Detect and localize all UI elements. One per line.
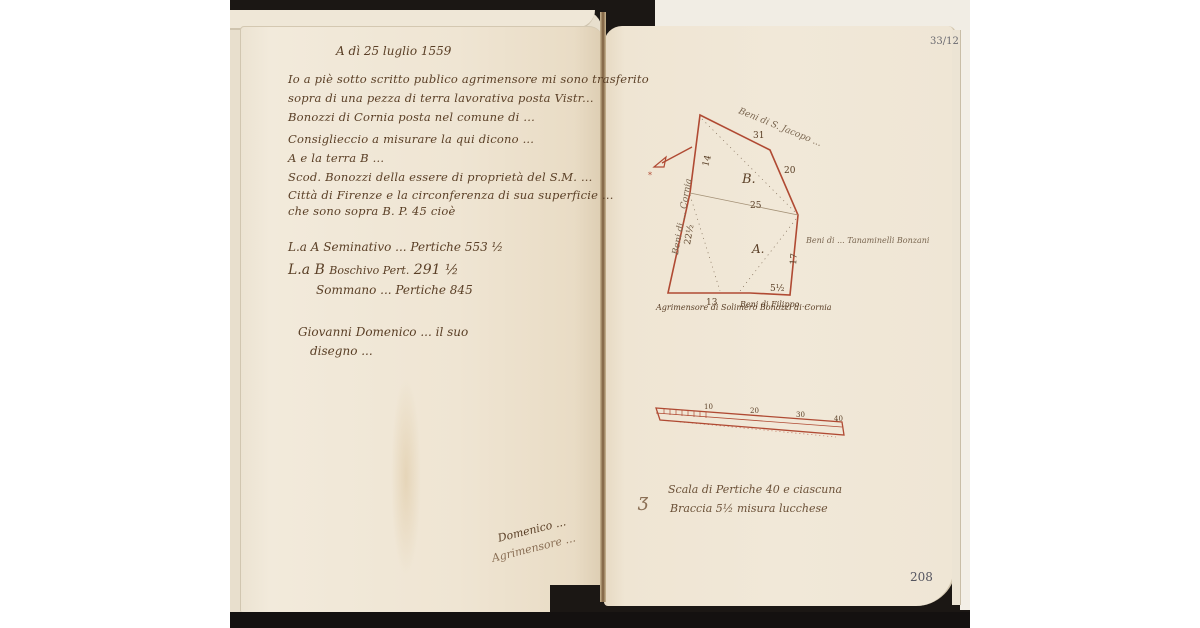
sum-label: L.a A: [288, 240, 319, 254]
sum-line-b: L.a B Boschivo Pert. 291 ½: [288, 262, 459, 278]
sum-desc: Seminativo ... Pertiche: [323, 240, 461, 254]
sum-desc: Boschivo Pert.: [329, 264, 409, 277]
manuscript-photo: A dì 25 luglio 1559 Io a piè sotto scrit…: [230, 0, 970, 628]
sum-value: 553 ½: [465, 240, 503, 254]
svg-text:*: *: [648, 171, 652, 180]
paper-stain: [391, 377, 421, 577]
body-line: sopra di una pezza di terra lavorativa p…: [288, 91, 594, 105]
parcel-label-a: A.: [751, 242, 764, 256]
body-line: Consiglieccio a misurare la qui dicono .…: [288, 132, 534, 146]
svg-text:5½: 5½: [770, 283, 785, 294]
sum-desc: Sommano ... Pertiche: [316, 283, 446, 297]
body-line: Scod. Bonozzi della essere di proprietà …: [288, 170, 593, 184]
signature-line: disegno ...: [310, 344, 373, 358]
folio-number-top: 33/12: [930, 36, 959, 47]
svg-text:30: 30: [796, 411, 805, 419]
sum-line-a: L.a A Seminativo ... Pertiche 553 ½: [288, 240, 503, 254]
sum-line-total: Sommano ... Pertiche 845: [316, 283, 473, 297]
scale-caption-mark: Ʒ: [638, 494, 648, 515]
border-label-north: Beni di S. Jacopo ...: [736, 106, 823, 149]
svg-text:17: 17: [789, 253, 800, 266]
sum-label: L.a B: [288, 262, 325, 278]
right-page-edge: [952, 30, 961, 605]
border-label-east: Beni di ... Tanaminelli Bonzani: [805, 236, 930, 245]
scale-caption-line: Scala di Pertiche 40 e ciascuna: [668, 483, 842, 496]
book-gutter: [600, 12, 606, 602]
table-surface: [230, 612, 970, 628]
folio-number-bottom: 208: [910, 570, 933, 584]
border-label-south: Beni di Filippo ...: [739, 300, 810, 309]
body-line: che sono sopra B. P. 45 cioè: [288, 204, 456, 218]
sum-value: 845: [450, 283, 473, 297]
svg-text:31: 31: [753, 131, 764, 141]
body-line: A e la terra B ...: [288, 151, 384, 165]
division-line: [690, 193, 798, 215]
body-line: Città di Firenze e la circonferenza di s…: [288, 188, 614, 202]
svg-text:14: 14: [701, 154, 714, 168]
sum-value: 291 ½: [414, 262, 459, 278]
svg-text:10: 10: [704, 403, 713, 411]
signature-line: Giovanni Domenico ... il suo: [298, 325, 468, 339]
scale-bar: 10 20 30 40: [656, 403, 844, 437]
body-line: Io a piè sotto scritto publico agrimenso…: [288, 72, 649, 86]
scale-caption-line: Braccia 5½ misura lucchese: [670, 502, 828, 515]
svg-text:20: 20: [750, 407, 759, 415]
date-line: A dì 25 luglio 1559: [336, 44, 451, 58]
body-line: Bonozzi di Cornia posta nel comune di ..…: [288, 110, 535, 124]
compass-arrow-icon: *: [648, 147, 692, 180]
svg-text:25: 25: [750, 201, 762, 211]
parcel-label-b: B.: [741, 172, 756, 187]
background-strip: [960, 30, 970, 610]
svg-text:40: 40: [834, 415, 843, 423]
survey-map: * B. A. 31 20 14 22½ 13 5½ 17 25 Beni di…: [620, 95, 950, 455]
svg-text:20: 20: [784, 166, 796, 176]
